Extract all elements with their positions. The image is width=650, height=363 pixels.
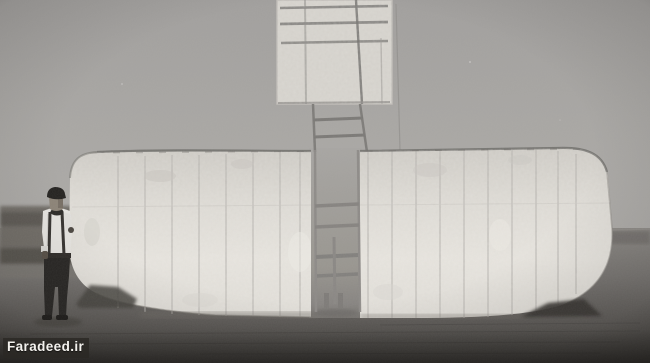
photo-scene (0, 0, 650, 363)
watermark: Faradeed.ir (3, 338, 89, 358)
vignette-bottom (0, 330, 650, 363)
photo-frame: Faradeed.ir (0, 0, 650, 363)
vignette-radial (0, 0, 650, 363)
vignette (0, 0, 650, 363)
